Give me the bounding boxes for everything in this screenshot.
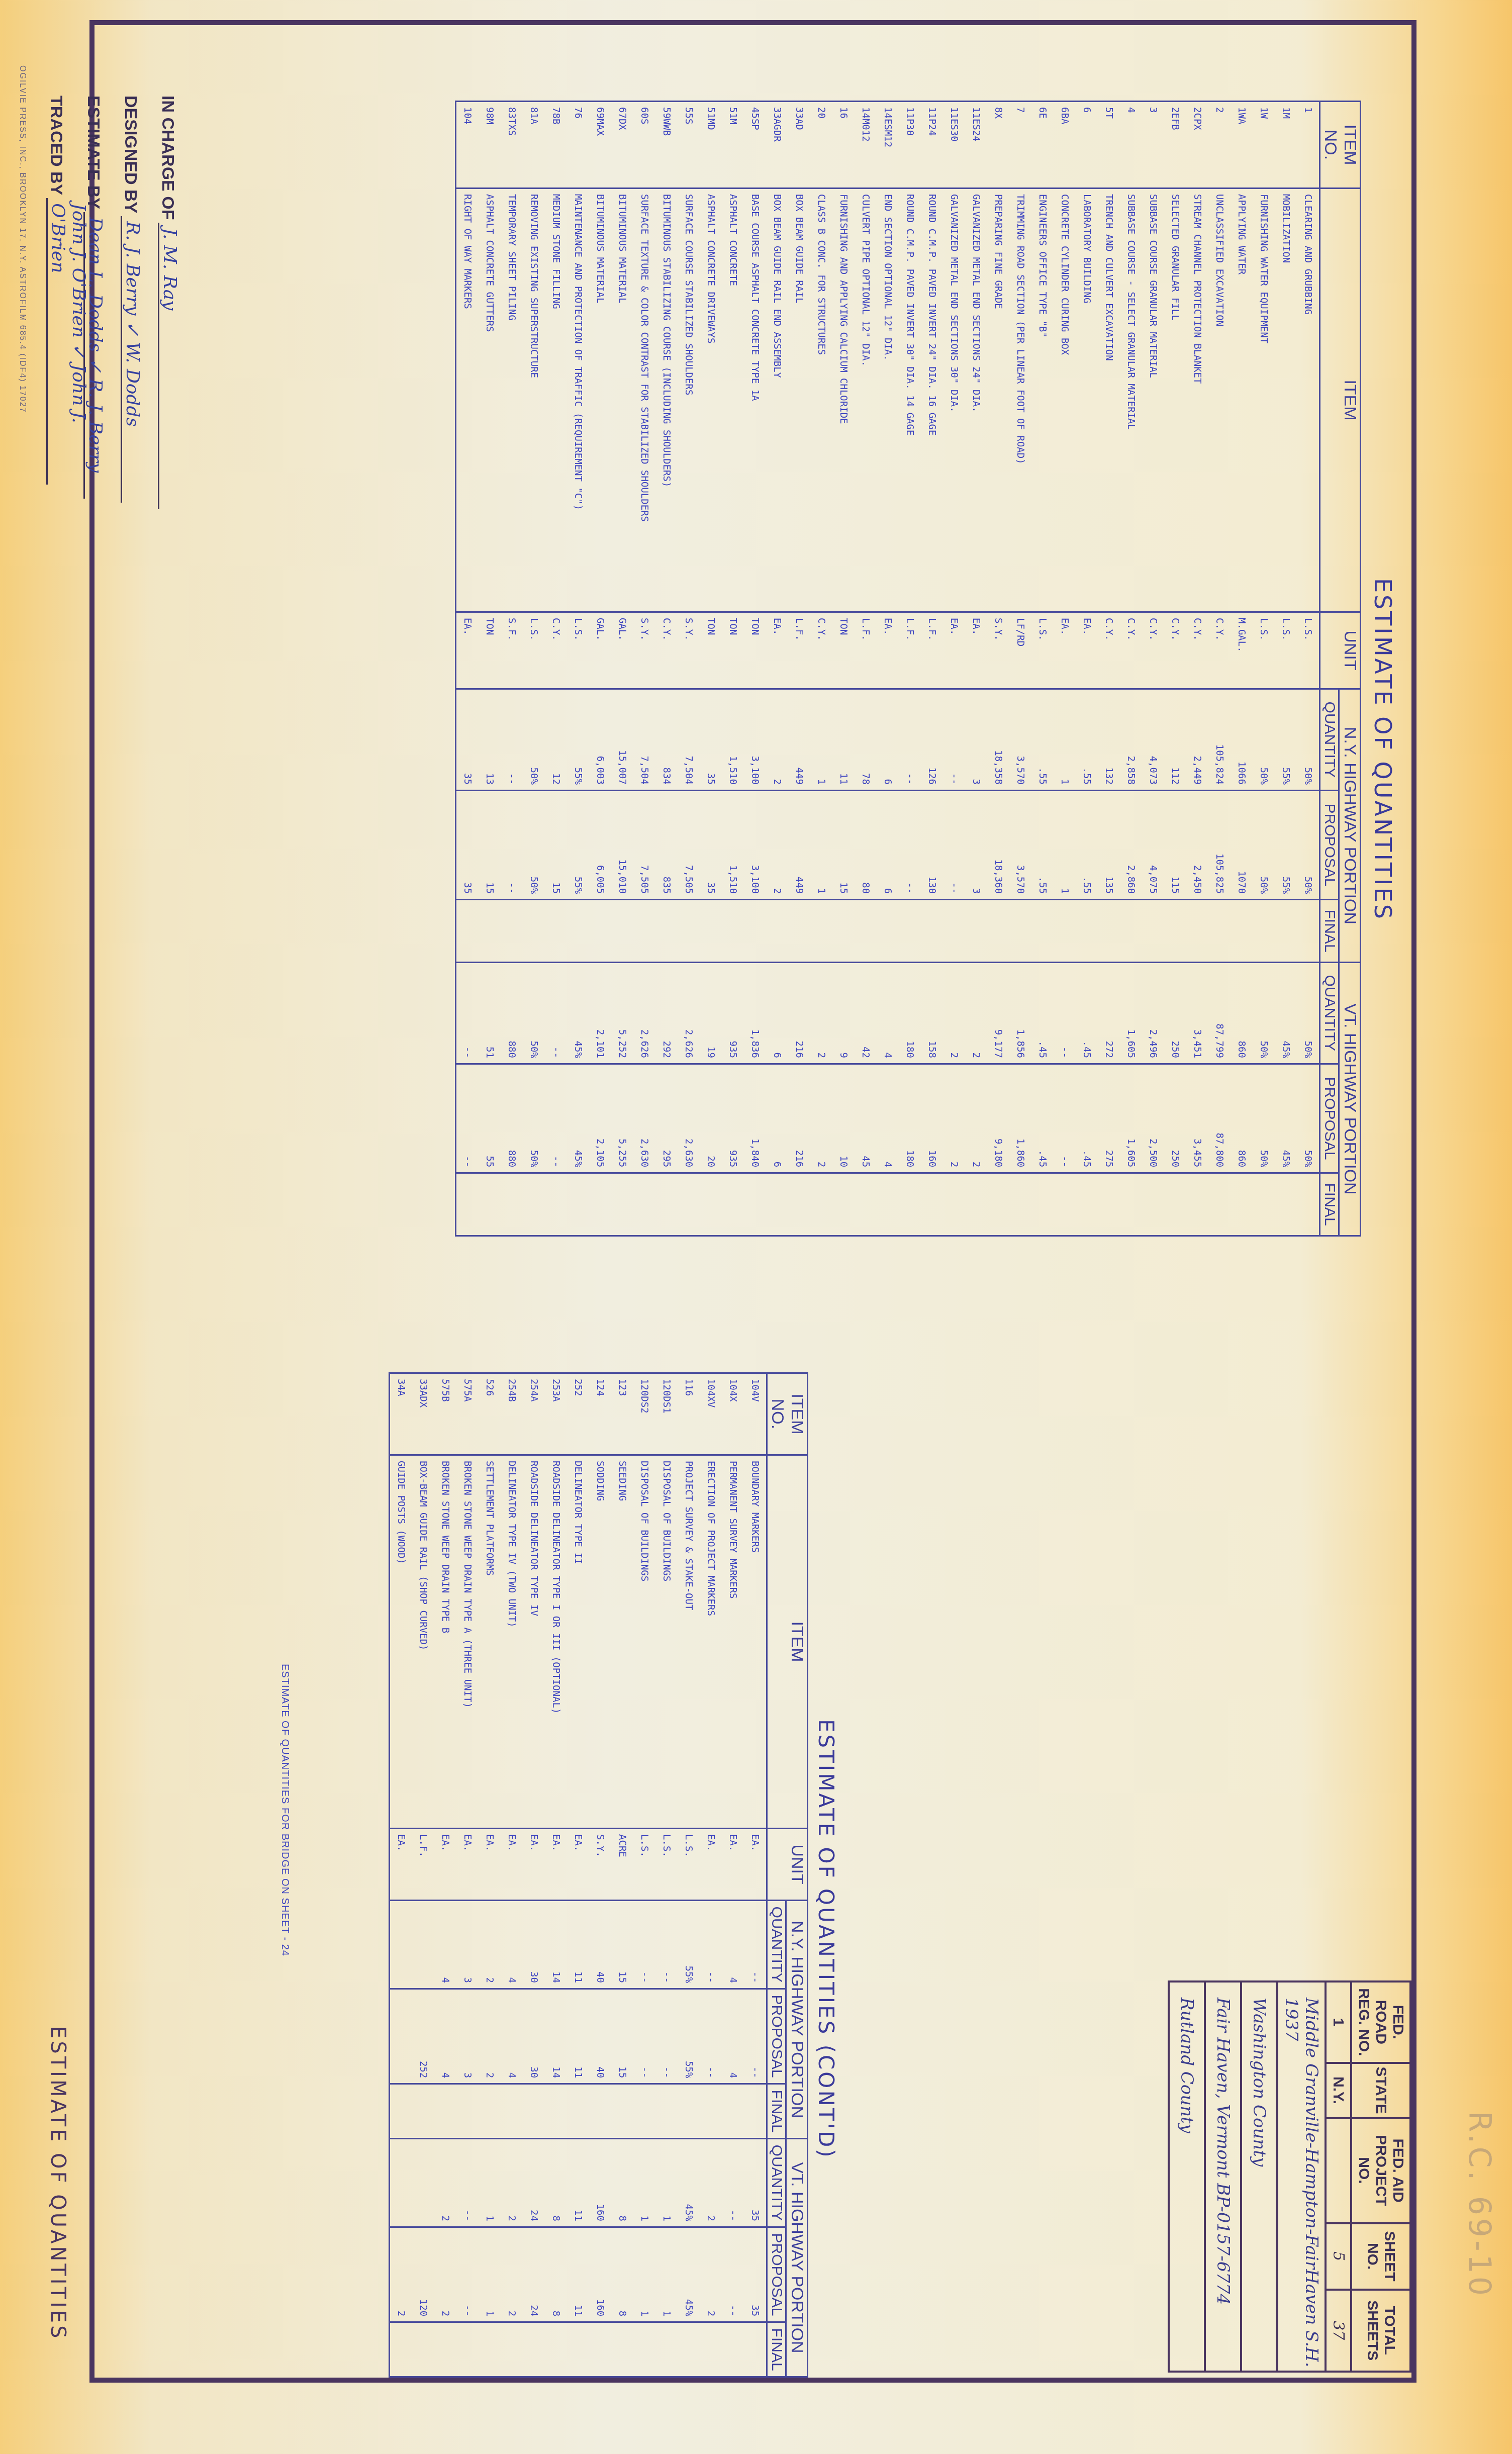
col-ny-portion: N.Y. HIGHWAY PORTION: [1339, 689, 1360, 963]
ny-proposal: --: [633, 1989, 655, 2084]
total-sheets-label: TOTAL SHEETS: [1351, 2290, 1410, 2372]
vt-proposal: 275: [1098, 1064, 1120, 1173]
item-number: 33AD: [788, 102, 810, 188]
ny-quantity: 4: [722, 1901, 744, 1989]
ny-quantity: 55%: [678, 1901, 700, 1989]
item-number: 2 2CPX 2EFB: [1164, 102, 1231, 188]
item-unit: TON: [832, 612, 855, 689]
item-description: ROUND C.M.P. PAVED INVERT 30" DIA. 14 GA…: [899, 188, 921, 612]
item-unit: TON: [744, 612, 766, 689]
vt-quantity: 1,605: [1120, 962, 1142, 1064]
ny-final: [832, 900, 855, 963]
item-number: 575B: [434, 1373, 456, 1455]
col-vt-quantity: QUANTITY: [767, 2138, 786, 2227]
col-unit: UNIT: [1320, 612, 1361, 689]
ny-proposal: 1070: [1231, 790, 1253, 899]
item-unit: EA.: [766, 612, 788, 689]
vt-quantity: 87,799 3,451 250: [1164, 962, 1231, 1064]
ny-quantity: 12: [545, 689, 567, 791]
vt-proposal: 45: [855, 1064, 877, 1173]
vt-quantity: 11: [567, 2138, 589, 2227]
ny-final: [700, 900, 722, 963]
ny-final: [456, 900, 479, 963]
ny-proposal: 1: [1054, 790, 1076, 899]
ny-final: [567, 2084, 589, 2139]
table-row: 69MAXBITUMINOUS MATERIALGAL.6,0036,0052,…: [589, 102, 611, 1236]
vt-quantity: 2,101: [589, 962, 611, 1064]
item-description: END SECTION OPTIONAL 12" DIA.: [877, 188, 899, 612]
item-description: ROADSIDE DELINEATOR TYPE IV: [523, 1455, 545, 1829]
ny-quantity: 55%: [567, 689, 589, 791]
table2-body: 104VBOUNDARY MARKERSEA.----3535104XPERMA…: [390, 1373, 767, 2377]
ny-final: [1275, 900, 1297, 963]
ny-quantity: 132: [1098, 689, 1120, 791]
ny-quantity: 1: [1054, 689, 1076, 791]
item-number: 55S: [678, 102, 700, 188]
vt-quantity: .45: [1031, 962, 1054, 1064]
table-row: 33ADBOX BEAM GUIDE RAILL.F.449449216216: [788, 102, 810, 1236]
vt-final: [655, 2322, 678, 2377]
item-description: BOX-BEAM GUIDE RAIL (SHOP CURVED): [412, 1455, 434, 1829]
ny-quantity: 105,824 2,449 112: [1164, 689, 1231, 791]
item-number: 104: [456, 102, 479, 188]
ny-proposal: 252: [412, 1989, 434, 2084]
table-row: 104RIGHT OF WAY MARKERSEA.3535----: [456, 102, 479, 1236]
item-description: BITUMINOUS MATERIAL: [589, 188, 611, 612]
project-line-3: Fair Haven, Vermont BP-0157-6774: [1205, 1981, 1241, 2372]
item-number: 6: [1076, 102, 1098, 188]
item-unit: EA.: [390, 1829, 413, 1901]
ny-proposal: 50%: [1253, 790, 1275, 899]
item-unit: ACRE: [611, 1829, 633, 1901]
table-row: 14ESM12END SECTION OPTIONAL 12" DIA.EA.6…: [877, 102, 899, 1236]
item-number: 1W: [1253, 102, 1275, 188]
item-description: BOX BEAM GUIDE RAIL END ASSEMBLY: [766, 188, 788, 612]
table-row: 6BACONCRETE CYLINDER CURING BOXEA.11----: [1054, 102, 1076, 1236]
item-number: 34A: [390, 1373, 413, 1455]
vt-final: [810, 1173, 832, 1236]
ny-proposal: 35: [456, 790, 479, 899]
ny-quantity: --: [744, 1901, 767, 1989]
ny-final: [744, 2084, 767, 2139]
item-unit: C.Y.: [1120, 612, 1142, 689]
table-row: 51MDASPHALT CONCRETE DRIVEWAYSTON3535192…: [700, 102, 722, 1236]
col-ny-proposal: PROPOSAL: [767, 1989, 786, 2084]
vt-proposal: 216: [788, 1064, 810, 1173]
ny-proposal: 1: [810, 790, 832, 899]
item-unit: S.Y.: [678, 612, 700, 689]
item-number: 51M: [722, 102, 744, 188]
ny-proposal: 3,570 18,360 3: [965, 790, 1031, 899]
item-unit: TON: [479, 612, 501, 689]
vt-final: [434, 2322, 456, 2377]
item-number: 5T: [1098, 102, 1120, 188]
title-block: FED. ROAD REG. NO. STATE FED. AID PROJEC…: [1190, 1980, 1411, 2373]
ny-final: [700, 2084, 722, 2139]
table-row: 20CLASS B CONC. FOR STRUCTURESC.Y.1122: [810, 102, 832, 1236]
ny-final: [744, 900, 766, 963]
item-number: 120DS2: [633, 1373, 655, 1455]
item-description: ROADSIDE DELINEATOR TYPE I OR III (OPTIO…: [545, 1455, 567, 1829]
vt-proposal: 50%: [1253, 1064, 1275, 1173]
item-description: ASPHALT CONCRETE DRIVEWAYS: [700, 188, 722, 612]
item-unit: L.S.: [678, 1829, 700, 1901]
vt-quantity: 1: [633, 2138, 655, 2227]
vt-quantity: 19: [700, 962, 722, 1064]
table-row: 104XPERMANENT SURVEY MARKERSEA.44----: [722, 1373, 744, 2377]
vt-quantity: --: [1054, 962, 1076, 1064]
item-description: CONCRETE CYLINDER CURING BOX: [1054, 188, 1076, 612]
vt-proposal: 2: [700, 2227, 722, 2322]
vt-quantity: 1: [655, 2138, 678, 2227]
ny-quantity: 1,510: [722, 689, 744, 791]
table-row: 33AGDRBOX BEAM GUIDE RAIL END ASSEMBLYEA…: [766, 102, 788, 1236]
ny-quantity: 6: [877, 689, 899, 791]
state-label: STATE: [1351, 2063, 1410, 2118]
ny-final: [523, 2084, 545, 2139]
col-item-no: ITEM NO.: [1320, 102, 1361, 188]
ny-final: [567, 900, 589, 963]
item-number: 123: [611, 1373, 633, 1455]
ny-proposal: .55: [1031, 790, 1054, 899]
designed-by-signature: R. J. Berry ✓ W. Dodds: [121, 216, 143, 503]
vt-final: [788, 1173, 810, 1236]
item-unit: EA. EA. EA.: [456, 1829, 523, 1901]
table-row: 1MMOBILIZATIONL.S.55%55%45%45%: [1275, 102, 1297, 1236]
item-number: 6BA: [1054, 102, 1076, 188]
table1-body: 1CLEARING AND GRUBBINGL.S.50%50%50%50%1M…: [456, 102, 1320, 1236]
ny-quantity: 449: [788, 689, 810, 791]
item-unit: C.Y.: [810, 612, 832, 689]
item-description: ENGINEERS OFFICE TYPE "B": [1031, 188, 1054, 612]
ny-quantity: --: [700, 1901, 722, 1989]
ny-final: [722, 2084, 744, 2139]
ny-final: [633, 900, 655, 963]
item-unit: L.F.: [855, 612, 877, 689]
vt-quantity: .45: [1076, 962, 1098, 1064]
ny-final: [611, 900, 633, 963]
ny-quantity: [390, 1901, 413, 1989]
vt-quantity: 50%: [1297, 962, 1320, 1064]
ny-final: [855, 900, 877, 963]
col-vt-final: FINAL: [1320, 1173, 1339, 1236]
ny-final: [921, 900, 943, 963]
item-number: 1: [1297, 102, 1320, 188]
printer-imprint: OGILVIE PRESS, INC., BROOKLYN 17, N.Y. A…: [18, 65, 27, 413]
ny-final: [589, 2084, 611, 2139]
item-description: TEMPORARY SHEET PILING: [501, 188, 523, 612]
ny-quantity: 50%: [523, 689, 545, 791]
vt-quantity: 42: [855, 962, 877, 1064]
vt-final: [744, 1173, 766, 1236]
ny-proposal: 4,075: [1142, 790, 1164, 899]
vt-final: [722, 2322, 744, 2377]
ny-final: [1054, 900, 1076, 963]
vt-quantity: 9: [832, 962, 855, 1064]
ny-final: [412, 2084, 434, 2139]
item-number: 116: [678, 1373, 700, 1455]
col-ny-final: FINAL: [1320, 900, 1339, 963]
ny-final: [501, 900, 523, 963]
vt-final: [390, 2322, 413, 2377]
item-description: BOUNDARY MARKERS: [744, 1455, 767, 1829]
vt-proposal: 24: [523, 2227, 545, 2322]
item-description: CLASS B CONC. FOR STRUCTURES: [810, 188, 832, 612]
vt-proposal: 2,500: [1142, 1064, 1164, 1173]
item-description: MEDIUM STONE FILLING: [545, 188, 567, 612]
vt-final: [545, 1173, 567, 1236]
project-line-1: Middle Granville-Hampton-FairHaven S.H. …: [1277, 1981, 1326, 2372]
ny-proposal: 11: [567, 1989, 589, 2084]
vt-quantity: 35: [744, 2138, 767, 2227]
ny-final: [545, 900, 567, 963]
ny-final: [633, 2084, 655, 2139]
vt-quantity: 160: [589, 2138, 611, 2227]
vt-final: [700, 2322, 722, 2377]
ny-quantity: 4: [434, 1901, 456, 1989]
vt-final: [1120, 1173, 1142, 1236]
vt-quantity: 2,626: [678, 962, 700, 1064]
vt-quantity: 2: [943, 962, 965, 1064]
item-number: 76: [567, 102, 589, 188]
item-description: RIGHT OF WAY MARKERS: [456, 188, 479, 612]
ny-proposal: 55%: [567, 790, 589, 899]
ny-quantity: --: [943, 689, 965, 791]
item-description: DELINEATOR TYPE II: [567, 1455, 589, 1829]
col-vt-portion: VT. HIGHWAY PORTION: [786, 2138, 807, 2377]
item-unit: EA.: [434, 1829, 456, 1901]
item-description: BITUMINOUS MATERIAL: [611, 188, 633, 612]
item-unit: C.Y. C.Y. C.Y.: [1164, 612, 1231, 689]
item-unit: EA.: [877, 612, 899, 689]
vt-proposal: 160: [589, 2227, 611, 2322]
item-unit: EA.: [456, 612, 479, 689]
item-description: ASPHALT CONCRETE: [722, 188, 744, 612]
item-description: GALVANIZED METAL END SECTIONS 30" DIA.: [943, 188, 965, 612]
item-number: 14ESM12: [877, 102, 899, 188]
ny-quantity: 1066: [1231, 689, 1253, 791]
item-unit: EA.: [722, 1829, 744, 1901]
vt-proposal: 2,630: [678, 1064, 700, 1173]
ny-final: [1076, 900, 1098, 963]
ny-proposal: --: [700, 1989, 722, 2084]
vt-final: [943, 1173, 965, 1236]
in-charge-signature: J. M. Ray: [158, 223, 180, 509]
col-vt-final: FINAL: [767, 2322, 786, 2377]
vt-quantity: 50%: [1253, 962, 1275, 1064]
ny-quantity: .55: [1031, 689, 1054, 791]
table-row: 60SSURFACE TEXTURE & COLOR CONTRAST FOR …: [633, 102, 655, 1236]
item-unit: L.S.: [655, 1829, 678, 1901]
estimate-by-label: ESTIMATE BY: [83, 96, 103, 209]
col-vt-quantity: QUANTITY: [1320, 962, 1339, 1064]
ny-proposal: 50%: [1297, 790, 1320, 899]
ny-final: [1142, 900, 1164, 963]
vt-proposal: 10: [832, 1064, 855, 1173]
col-item: ITEM: [767, 1455, 808, 1829]
vt-quantity: 1,856 9,177 2: [965, 962, 1031, 1064]
ny-final: [678, 900, 700, 963]
vt-final: [678, 1173, 700, 1236]
table-row: 16FURNISHING AND APPLYING CALCIUM CHLORI…: [832, 102, 855, 1236]
table2-title: ESTIMATE OF QUANTITIES (CONT'D): [814, 1719, 838, 2159]
vt-final: [523, 1173, 545, 1236]
table-row: 4SUBBASE COURSE - SELECT GRANULAR MATERI…: [1120, 102, 1142, 1236]
table-row: 254AROADSIDE DELINEATOR TYPE IVEA.303024…: [523, 1373, 545, 2377]
vt-quantity: 45%: [678, 2138, 700, 2227]
item-number: 11P30: [899, 102, 921, 188]
project-line-4: Rutland County: [1169, 1981, 1205, 2372]
item-description: ROUND C.M.P. PAVED INVERT 24" DIA. 16 GA…: [921, 188, 943, 612]
ny-quantity: 35: [456, 689, 479, 791]
record-stamp: R.C. 69-10: [1462, 2111, 1497, 2299]
vt-final: [655, 1173, 678, 1236]
ny-proposal: 40: [589, 1989, 611, 2084]
vt-final: [456, 1173, 479, 1236]
vt-final: [1253, 1173, 1275, 1236]
vt-quantity: 2 1 --: [456, 2138, 523, 2227]
item-description: DISPOSAL OF BUILDINGS: [655, 1455, 678, 1829]
ny-quantity: --: [655, 1901, 678, 1989]
table-row: 1WFURNISHING WATER EQUIPMENTL.S.50%50%50…: [1253, 102, 1275, 1236]
vt-proposal: --: [545, 1064, 567, 1173]
ny-quantity: [412, 1901, 434, 1989]
item-number: 124: [589, 1373, 611, 1455]
ny-proposal: 105,825 2,450 115: [1164, 790, 1231, 899]
ny-proposal: 7,505: [678, 790, 700, 899]
ny-quantity: 2,858: [1120, 689, 1142, 791]
vt-quantity: 216: [788, 962, 810, 1064]
ny-proposal: 15: [545, 790, 567, 899]
vt-quantity: 24: [523, 2138, 545, 2227]
sheet-no-value: 5: [1326, 2223, 1351, 2290]
item-description: DISPOSAL OF BUILDINGS: [633, 1455, 655, 1829]
vt-quantity: 935: [722, 962, 744, 1064]
item-number: 33AGDR: [766, 102, 788, 188]
ny-final: [479, 900, 501, 963]
ny-quantity: 1: [810, 689, 832, 791]
vt-proposal: 11: [567, 2227, 589, 2322]
table-row: 55SSURFACE COURSE STABILIZED SHOULDERSS.…: [678, 102, 700, 1236]
vt-quantity: 50%: [523, 962, 545, 1064]
vt-quantity: --: [545, 962, 567, 1064]
ny-proposal: 135: [1098, 790, 1120, 899]
vt-proposal: 1,840: [744, 1064, 766, 1173]
table-row: 253AROADSIDE DELINEATOR TYPE I OR III (O…: [545, 1373, 567, 2377]
ny-quantity: 7,504: [678, 689, 700, 791]
vt-final: [1275, 1173, 1297, 1236]
table-row: 1WAAPPLYING WATERM.GAL.10661070860860: [1231, 102, 1253, 1236]
item-number: 104V: [744, 1373, 767, 1455]
item-unit: EA.: [567, 1829, 589, 1901]
vt-quantity: 860: [1231, 962, 1253, 1064]
item-unit: L.S.: [1275, 612, 1297, 689]
vt-proposal: 35: [744, 2227, 767, 2322]
vt-proposal: 1: [633, 2227, 655, 2322]
vt-proposal: 8: [611, 2227, 633, 2322]
ny-proposal: 35: [700, 790, 722, 899]
item-unit: L.S.: [567, 612, 589, 689]
ny-final: [965, 900, 1031, 963]
item-description: CLEARING AND GRUBBING: [1297, 188, 1320, 612]
fed-road-reg-value: 1: [1326, 1981, 1351, 2063]
ny-quantity: 11: [567, 1901, 589, 1989]
item-unit: C.Y.: [545, 612, 567, 689]
item-unit: L.S.: [633, 1829, 655, 1901]
ny-proposal: 835: [655, 790, 678, 899]
ny-quantity: 7,504: [633, 689, 655, 791]
item-description: BOX BEAM GUIDE RAIL: [788, 188, 810, 612]
item-number: 33ADX: [412, 1373, 434, 1455]
ny-proposal: 4: [434, 1989, 456, 2084]
item-number: 104X: [722, 1373, 744, 1455]
vt-quantity: 45%: [1275, 962, 1297, 1064]
ny-quantity: 78: [855, 689, 877, 791]
vt-final: [456, 2322, 523, 2377]
table-row: 83TXSTEMPORARY SHEET PILINGS.F.----88088…: [501, 102, 523, 1236]
fed-road-reg-label: FED. ROAD REG. NO.: [1351, 1981, 1410, 2063]
ny-proposal: 4 2 3: [456, 1989, 523, 2084]
ny-final: [899, 900, 921, 963]
vt-proposal: 2,630: [633, 1064, 655, 1173]
col-ny-portion: N.Y. HIGHWAY PORTION: [786, 1901, 807, 2139]
table-row: 5TTRENCH AND CULVERT EXCAVATIONC.Y.13213…: [1098, 102, 1120, 1236]
table-row: 45SPBASE COURSE ASPHALT CONCRETE TYPE 1A…: [744, 102, 766, 1236]
ny-quantity: --: [633, 1901, 655, 1989]
vt-quantity: 45%: [567, 962, 589, 1064]
item-description: UNCLASSIFIED EXCAVATION STREAM CHANNEL P…: [1164, 188, 1231, 612]
table-row: 116PROJECT SURVEY & STAKE-OUTL.S.55%55%4…: [678, 1373, 700, 2377]
item-number: 4: [1120, 102, 1142, 188]
vt-final: [921, 1173, 943, 1236]
item-number: 59WWB: [655, 102, 678, 188]
vt-quantity: 2: [810, 962, 832, 1064]
vt-final: [1098, 1173, 1120, 1236]
ny-quantity: 6,003: [589, 689, 611, 791]
vt-final: [633, 2322, 655, 2377]
col-unit: UNIT: [767, 1829, 808, 1901]
item-unit: S.F.: [501, 612, 523, 689]
vt-proposal: 87,800 3,455 250: [1164, 1064, 1231, 1173]
ny-proposal: 30: [523, 1989, 545, 2084]
table1-title: ESTIMATE OF QUANTITIES: [1369, 578, 1396, 921]
ny-final: [434, 2084, 456, 2139]
project-line-2: Washington County: [1241, 1981, 1277, 2372]
ny-final: [655, 2084, 678, 2139]
item-number: 60S: [633, 102, 655, 188]
table-row: 81AREMOVING EXISTING SUPERSTRUCTUREL.S.5…: [523, 102, 545, 1236]
ny-final: [877, 900, 899, 963]
item-description: ERECTION OF PROJECT MARKERS: [700, 1455, 722, 1829]
vt-quantity: 292: [655, 962, 678, 1064]
table-row: 575BBROKEN STONE WEEP DRAIN TYPE BEA.442…: [434, 1373, 456, 2377]
vt-final: [589, 2322, 611, 2377]
item-description: BROKEN STONE WEEP DRAIN TYPE B: [434, 1455, 456, 1829]
vt-proposal: 45%: [567, 1064, 589, 1173]
item-description: SUBBASE COURSE GRANULAR MATERIAL: [1142, 188, 1164, 612]
vt-final: [1164, 1173, 1231, 1236]
item-number: 120DS1: [655, 1373, 678, 1455]
ny-final: [611, 2084, 633, 2139]
item-description: SEEDING: [611, 1455, 633, 1829]
ny-quantity: 3,570 18,358 3: [965, 689, 1031, 791]
vt-final: [877, 1173, 899, 1236]
ny-proposal: 80: [855, 790, 877, 899]
item-unit: TON: [722, 612, 744, 689]
item-unit: L.F.: [921, 612, 943, 689]
vt-final: [611, 2322, 633, 2377]
item-description: SURFACE TEXTURE & COLOR CONTRAST FOR STA…: [633, 188, 655, 612]
